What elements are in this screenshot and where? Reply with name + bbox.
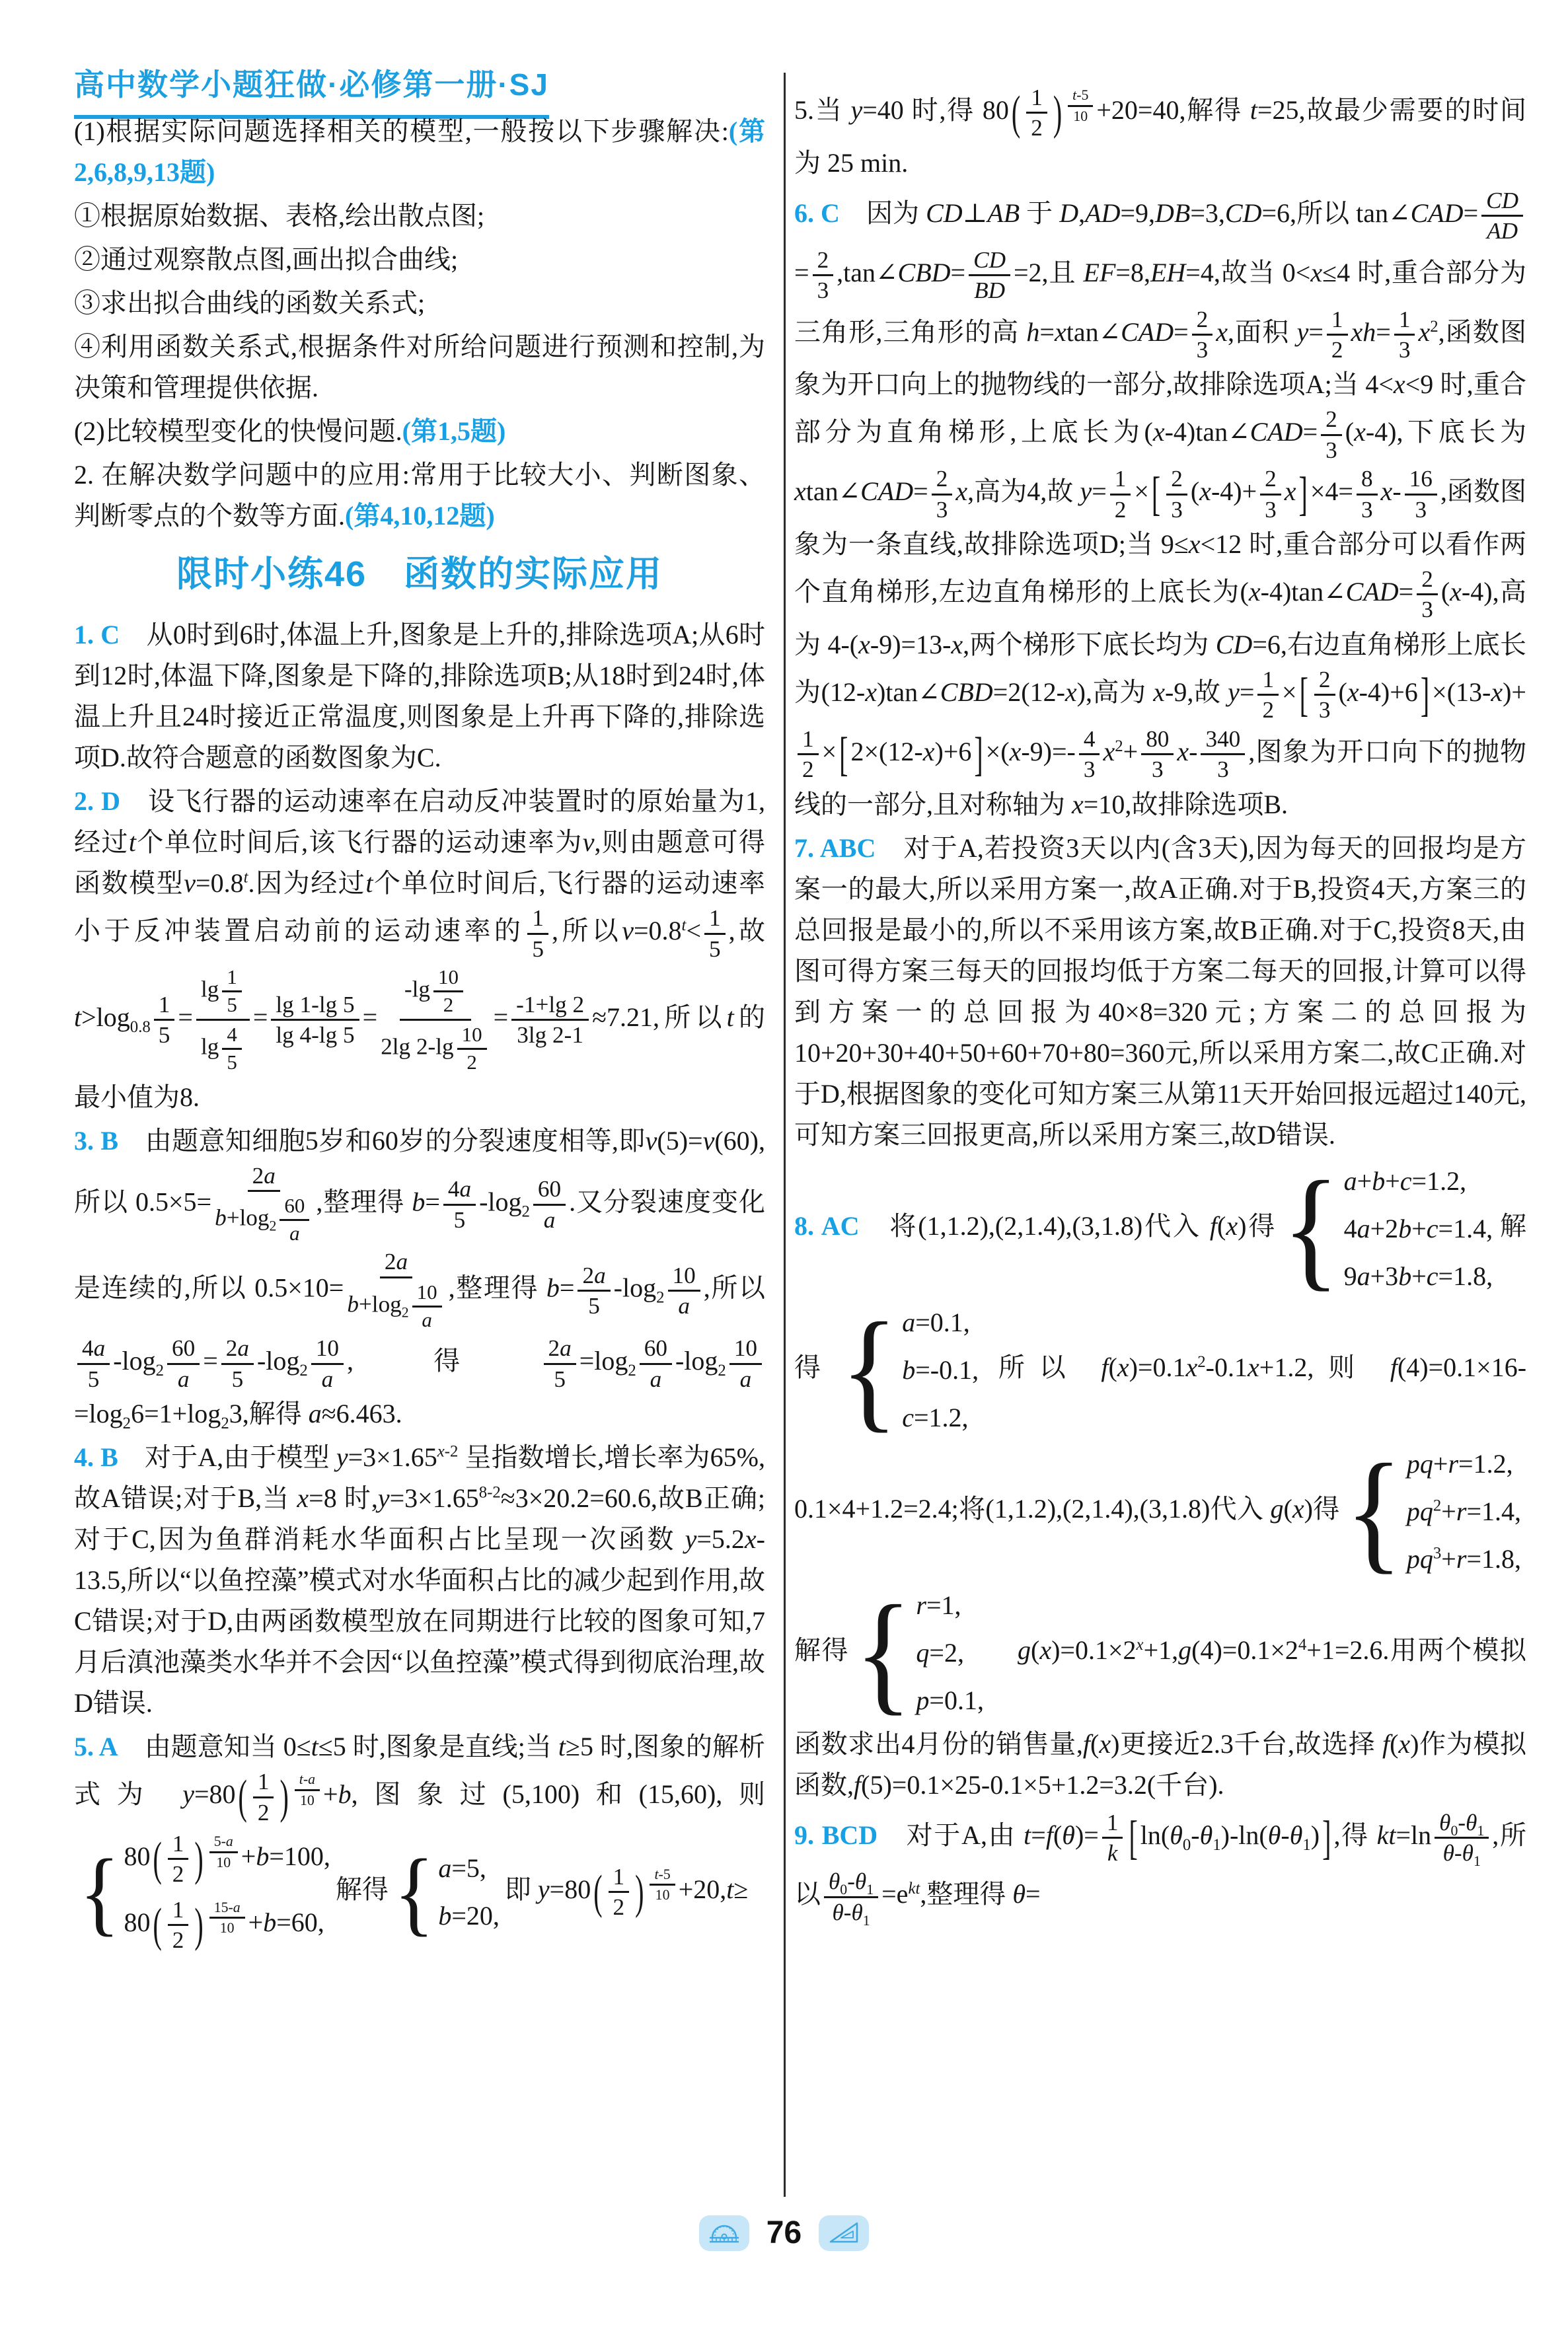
equation-system: {a+b+c=1.2,4a+2b+c=1.4,9a+3b+c=1.8, — [1282, 1161, 1493, 1297]
fraction: 102 — [433, 966, 463, 1016]
fraction: 23 — [1417, 566, 1438, 623]
fraction: 163 — [1405, 466, 1437, 523]
fraction: lg15lg45 — [196, 965, 250, 1076]
paragraph: (1)根据实际问题选择相关的模型,一般按以下步骤解决:(第2,6,8,9,13题… — [74, 111, 765, 193]
fraction: 10a — [729, 1335, 762, 1392]
paragraph: 1. C 从0时到6时,体温上升,图象是上升的,排除选项A;从6时到12时,体温… — [74, 614, 765, 778]
paragraph: 7. ABC 对于A,若投资3天以内(含3天),因为每天的回报均是方案一的最大,… — [794, 828, 1526, 1156]
fraction: 23 — [1321, 406, 1342, 463]
protractor-icon — [699, 2215, 749, 2251]
fraction: 23 — [1166, 466, 1187, 523]
fraction: 4a5 — [77, 1335, 110, 1392]
answer-label: 8. AC — [794, 1211, 860, 1241]
book-header: 高中数学小题狂做·必修第一册·SJ — [74, 61, 549, 119]
fraction: 2a5 — [221, 1335, 254, 1392]
fraction: 83 — [1357, 466, 1378, 523]
fraction: 12 — [168, 1831, 189, 1888]
fraction: lg 1-lg 5lg 4-lg 5 — [271, 992, 359, 1049]
page-footer: 76 — [0, 2215, 1568, 2251]
fraction: 60a — [640, 1335, 672, 1392]
paragraph: 3. B 由题意知细胞5岁和60岁的分裂速度相等,即v(5)=v(60),所以 … — [74, 1121, 765, 1434]
fraction: 1k — [1102, 1810, 1123, 1866]
fraction: 23 — [813, 247, 834, 304]
fraction: 12 — [168, 1897, 189, 1954]
equation-system: {pq+r=1.2,pq2+r=1.4,pq3+r=1.8, — [1345, 1444, 1521, 1580]
fraction: t-510 — [650, 1866, 675, 1903]
fraction: CDBD — [969, 247, 1010, 304]
fraction: 10a — [668, 1263, 700, 1319]
fraction: 5-a10 — [209, 1833, 238, 1870]
fraction: -1+lg 23lg 2-1 — [511, 992, 589, 1049]
practice-title: 限时小练46 函数的实际应用 — [74, 551, 765, 597]
answer-label: 9. BCD — [794, 1820, 877, 1850]
paragraph: 8. AC 将(1,1.2),(2,1.4),(3,1.8)代入 f(x)得{a… — [794, 1158, 1526, 1806]
fraction: 2ab+log260a — [215, 1163, 313, 1247]
fraction: 12 — [253, 1769, 274, 1826]
paragraph: 4. B 对于A,由于模型 y=3×1.65x-2 呈指数增长,增长率为65%,… — [74, 1437, 765, 1724]
book-title: 高中数学小题狂做·必修第一册·SJ — [74, 61, 549, 119]
fraction: 15-a10 — [209, 1900, 245, 1937]
fraction: 2ab+log210a — [347, 1249, 445, 1333]
equation-system: {r=1,q=2,p=0.1, — [854, 1585, 984, 1721]
column-divider — [784, 73, 786, 2197]
fraction: 23 — [1260, 466, 1281, 523]
fraction: t-a10 — [295, 1771, 320, 1808]
fraction: 13 — [1394, 307, 1415, 363]
fraction: 23 — [1314, 667, 1335, 723]
fraction: 803 — [1141, 726, 1174, 783]
equation-system: {a=0.1,b=-0.1,c=1.2, — [840, 1302, 979, 1438]
equation-system: {80(12)5-a10+b=100,80(12)15-a10+b=60, — [79, 1829, 330, 1955]
answer-label: (第1,5题) — [402, 416, 506, 446]
fraction: 12 — [1327, 307, 1348, 363]
paragraph: 2. D 设飞行器的运动速率在启动反冲装置时的原始量为1,经过t个单位时间后,该… — [74, 781, 765, 1118]
fraction: -lg1022lg 2-lg102 — [381, 965, 490, 1076]
answer-label: 5. A — [74, 1732, 118, 1761]
fraction: 15 — [527, 905, 548, 962]
answer-label: 6. C — [794, 198, 840, 228]
fraction: 10a — [311, 1335, 344, 1392]
paragraph: (2)比较模型变化的快慢问题.(第1,5题) — [74, 411, 765, 452]
answer-label: 3. B — [74, 1126, 118, 1156]
fraction: 23 — [1192, 307, 1213, 363]
answer-label: 4. B — [74, 1442, 118, 1472]
fraction: 60a — [167, 1335, 200, 1392]
fraction: t-510 — [1068, 87, 1093, 124]
paragraph: 5.当 y=40 时,得 80(12)t-510+20=40,解得 t=25,故… — [794, 83, 1526, 184]
fraction: 102 — [457, 1023, 487, 1074]
paragraph: ②通过观察散点图,画出拟合曲线; — [74, 239, 765, 280]
fraction: CDAD — [1481, 188, 1523, 244]
fraction: 4a5 — [443, 1176, 476, 1233]
equation-system: {a=5,b=20, — [394, 1848, 500, 1937]
fraction: 15 — [222, 966, 241, 1016]
paragraph: 2. 在解决数学问题中的应用:常用于比较大小、判断图象、判断零点的个数等方面.(… — [74, 455, 765, 536]
fraction: 12 — [1110, 466, 1131, 523]
fraction: 12 — [1257, 667, 1279, 723]
answer-label: (第2,6,8,9,13题) — [74, 116, 765, 187]
paragraph: 6. C 因为 CD⊥AB 于 D,AD=9,DB=3,CD=6,所以 tan∠… — [794, 186, 1526, 825]
set-square-icon — [819, 2215, 869, 2251]
fraction: 3403 — [1201, 726, 1245, 783]
fraction: 43 — [1079, 726, 1100, 783]
fraction: 45 — [222, 1023, 241, 1074]
paragraph: ③求出拟合曲线的函数关系式; — [74, 283, 765, 324]
fraction: 23 — [932, 466, 953, 523]
fraction: 60a — [533, 1176, 566, 1233]
paragraph: 5. A 由题意知当 0≤t≤5 时,图象是直线;当 t≥5 时,图象的解析式为… — [74, 1726, 765, 1958]
answer-label: 7. ABC — [794, 833, 876, 863]
answer-label: 1. C — [74, 620, 120, 649]
page-number: 76 — [766, 2215, 802, 2251]
fraction: 10a — [412, 1281, 442, 1331]
fraction: 2a5 — [544, 1335, 576, 1392]
fraction: 12 — [609, 1864, 630, 1921]
paragraph: ④利用函数关系式,根据条件对所给问题进行预测和控制,为决策和管理提供依据. — [74, 326, 765, 408]
right-column: 5.当 y=40 时,得 80(12)t-510+20=40,解得 t=25,故… — [794, 83, 1526, 1929]
fraction: 2a5 — [578, 1263, 610, 1319]
fraction: θ0-θ1θ-θ1 — [824, 1868, 878, 1925]
fraction: 12 — [1026, 85, 1047, 141]
fraction: θ0-θ1θ-θ1 — [1435, 1810, 1489, 1866]
paragraph: ①根据原始数据、表格,绘出散点图; — [74, 196, 765, 237]
fraction: 15 — [704, 905, 726, 962]
left-column: (1)根据实际问题选择相关的模型,一般按以下步骤解决:(第2,6,8,9,13题… — [74, 111, 765, 1960]
fraction: 60a — [280, 1195, 309, 1245]
fraction: 15 — [154, 992, 175, 1049]
fraction: 12 — [798, 726, 819, 783]
answer-label: (第4,10,12题) — [345, 501, 495, 531]
paragraph: 9. BCD 对于A,由 t=f(θ)=1k[ln(θ0-θ1)-ln(θ-θ1… — [794, 1808, 1526, 1927]
answer-label: 2. D — [74, 786, 120, 816]
